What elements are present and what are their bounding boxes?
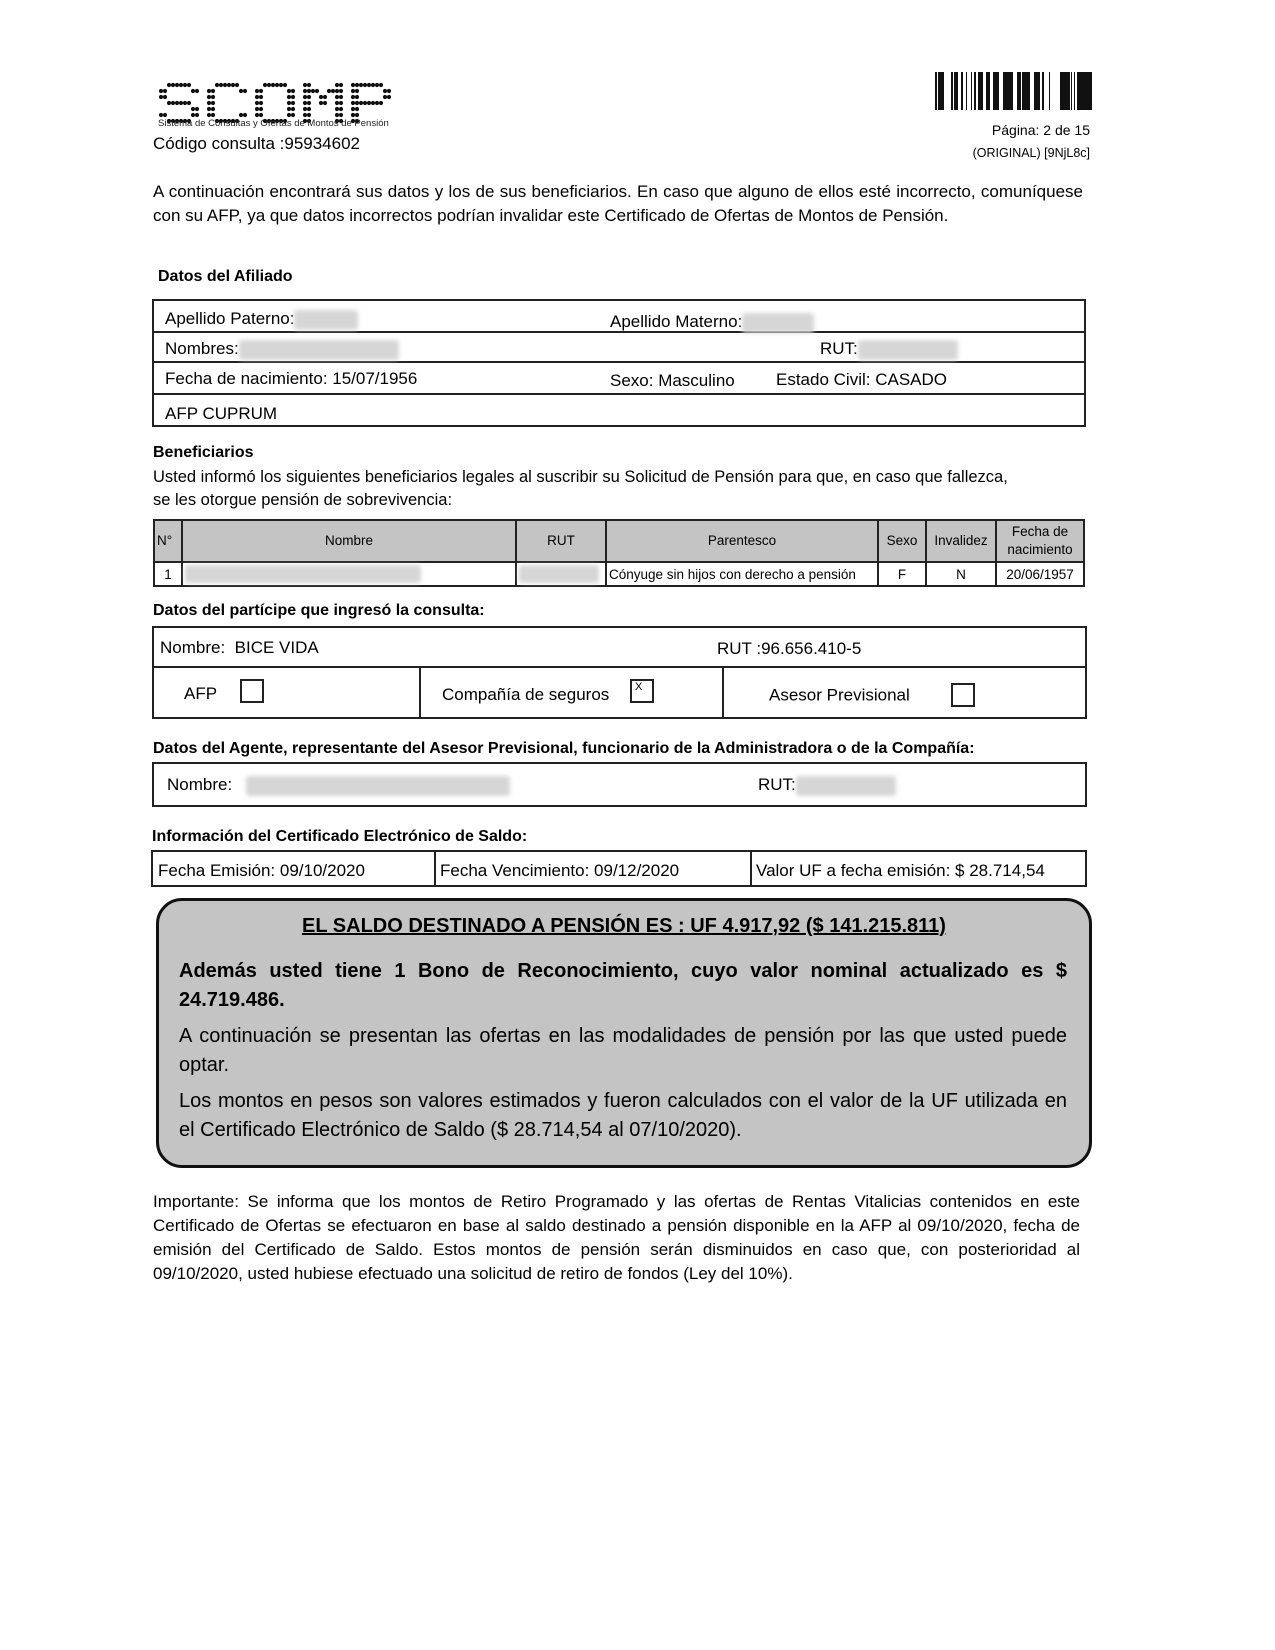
cell-parentesco: Cónyuge sin hijos con derecho a pensión xyxy=(606,562,878,586)
sexo: Sexo: Masculino xyxy=(610,371,735,391)
participe-nombre-value: BICE VIDA xyxy=(235,638,319,657)
redacted-value xyxy=(519,565,599,583)
afp-name: AFP CUPRUM xyxy=(165,404,277,424)
cell-nombre xyxy=(182,562,516,586)
importante-note: Importante: Se informa que los montos de… xyxy=(153,1190,1080,1286)
table-row: 1 Cónyuge sin hijos con derecho a pensió… xyxy=(154,562,1084,586)
redacted-value xyxy=(185,565,421,583)
certificado-title: Información del Certificado Electrónico … xyxy=(152,828,527,846)
page-number: Página: 2 de 15 xyxy=(992,122,1090,138)
beneficiarios-table: N° Nombre RUT Parentesco Sexo Invalidez … xyxy=(153,519,1085,587)
beneficiarios-title: Beneficiarios xyxy=(153,444,253,462)
col-invalidez: Invalidez xyxy=(926,520,996,562)
apellido-paterno-label: Apellido Paterno: xyxy=(165,309,294,328)
col-parentesco: Parentesco xyxy=(606,520,878,562)
col-fecha: Fecha de nacimiento xyxy=(996,520,1084,562)
original-code: (ORIGINAL) [9NjL8c] xyxy=(973,146,1090,160)
nombres-label: Nombres: xyxy=(165,339,239,358)
fecha-vencimiento: Fecha Vencimiento: 09/12/2020 xyxy=(440,861,679,881)
option-asesor-label: Asesor Previsional xyxy=(769,685,910,704)
agente-box: Nombre: RUT: xyxy=(152,762,1087,807)
agente-title: Datos del Agente, representante del Ases… xyxy=(153,740,975,758)
barcode-icon xyxy=(935,72,1092,110)
fecha-nacimiento: Fecha de nacimiento: 15/07/1956 xyxy=(165,369,417,389)
saldo-title: EL SALDO DESTINADO A PENSIÓN ES : UF 4.9… xyxy=(159,915,1089,938)
rut-label: RUT: xyxy=(820,339,858,358)
col-sexo: Sexo xyxy=(878,520,926,562)
col-rut: RUT xyxy=(516,520,606,562)
certificado-box: Fecha Emisión: 09/10/2020 Fecha Vencimie… xyxy=(151,850,1087,887)
beneficiarios-description: Usted informó los siguientes beneficiari… xyxy=(153,466,1013,512)
nombres-field: Nombres: xyxy=(165,339,399,360)
participe-nombre-label: Nombre: xyxy=(160,638,225,657)
cell-n: 1 xyxy=(154,562,182,586)
saldo-summary-box: EL SALDO DESTINADO A PENSIÓN ES : UF 4.9… xyxy=(156,898,1092,1168)
participe-rut: RUT :96.656.410-5 xyxy=(717,639,861,659)
option-afp: AFP xyxy=(184,684,264,704)
redacted-value xyxy=(858,340,958,360)
afiliado-box: Apellido Paterno: Apellido Materno: Nomb… xyxy=(152,299,1086,427)
redacted-value xyxy=(742,313,814,333)
asesor-checkbox[interactable] xyxy=(951,683,975,707)
option-asesor: Asesor Previsional xyxy=(769,685,975,707)
agente-nombre: Nombre: xyxy=(167,775,510,796)
rut-field: RUT: xyxy=(820,339,958,360)
afiliado-title: Datos del Afiliado xyxy=(158,268,293,286)
cell-sexo: F xyxy=(878,562,926,586)
compania-checkbox[interactable]: X xyxy=(630,679,654,703)
apellido-materno-label: Apellido Materno: xyxy=(610,312,742,331)
agente-rut: RUT: xyxy=(758,775,896,796)
fecha-emision: Fecha Emisión: 09/10/2020 xyxy=(158,861,365,881)
logo-subtitle: Sistema de Consultas y Ofertas de Montos… xyxy=(158,118,389,129)
bono-text: Además usted tiene 1 Bono de Reconocimie… xyxy=(179,957,1067,1015)
codigo-consulta: Código consulta :95934602 xyxy=(153,134,360,154)
cell-invalidez: N xyxy=(926,562,996,586)
apellido-materno-field: Apellido Materno: xyxy=(610,312,814,333)
col-nombre: Nombre xyxy=(182,520,516,562)
redacted-value xyxy=(294,310,358,330)
redacted-value xyxy=(796,776,896,796)
valor-uf: Valor UF a fecha emisión: $ 28.714,54 xyxy=(756,861,1045,881)
participe-box: Nombre: BICE VIDA RUT :96.656.410-5 AFP … xyxy=(152,626,1087,719)
redacted-value xyxy=(246,776,510,796)
afp-checkbox[interactable] xyxy=(240,679,264,703)
option-compania-label: Compañía de seguros xyxy=(442,685,609,704)
option-compania: Compañía de seguros X xyxy=(442,685,654,705)
participe-title: Datos del partícipe que ingresó la consu… xyxy=(153,602,485,620)
cell-rut xyxy=(516,562,606,586)
apellido-paterno-field: Apellido Paterno: xyxy=(165,309,358,330)
montos-text: Los montos en pesos son valores estimado… xyxy=(179,1087,1067,1145)
agente-rut-label: RUT: xyxy=(758,775,796,794)
estado-civil: Estado Civil: CASADO xyxy=(776,370,947,390)
intro-paragraph: A continuación encontrará sus datos y lo… xyxy=(153,180,1083,228)
agente-nombre-label: Nombre: xyxy=(167,775,232,794)
redacted-value xyxy=(239,340,399,360)
cell-fecha: 20/06/1957 xyxy=(996,562,1084,586)
ofertas-text: A continuación se presentan las ofertas … xyxy=(179,1022,1067,1080)
col-n: N° xyxy=(154,520,182,562)
participe-nombre: Nombre: BICE VIDA xyxy=(160,638,319,658)
option-afp-label: AFP xyxy=(184,684,217,703)
